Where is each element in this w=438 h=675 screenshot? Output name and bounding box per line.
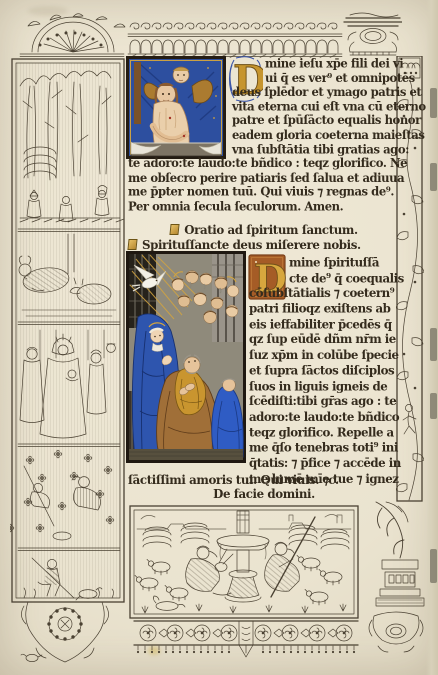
bottom-ornament-band: [132, 619, 360, 659]
fan-ornament: [20, 14, 125, 57]
text-line: eadem gloria coeterna maieſtas: [128, 128, 400, 142]
text-line: ſuz xp̄m in colūbe ſpecie: [249, 348, 400, 363]
capital-block: [344, 13, 402, 55]
pentecost-prayer-text: mine ſpirituſſā cte de⁹ q̄ coequalis cōſ…: [249, 255, 400, 486]
miniature-pentecost: [126, 251, 246, 463]
acanthus-leaf: [376, 502, 404, 558]
right-pedestal-woodcut: [364, 500, 428, 660]
rubric-oratio: Oratio ad ſpiritum ſanctum.: [128, 223, 400, 237]
text-line: ui q̄ es ver⁹ et omnipotēs: [128, 71, 400, 85]
text-line: et ſupra ſāctos diſciplos: [249, 363, 400, 378]
text-line: me q̄ſo tenebras toti⁹ ini: [249, 440, 400, 455]
versicle-line: Spirituſſancte deus miſerere nobis.: [128, 238, 400, 252]
corner-cartouche: [369, 612, 423, 652]
fore-edge-mark: [430, 549, 437, 583]
fore-edge-mark: [430, 328, 437, 361]
opening-prayer-text: mine ieſu xp̄e fili dei vi ui q̄ es ver⁹…: [128, 57, 400, 214]
text-line: ſcēdiſti:tibi gr̄as ago : te: [249, 394, 400, 409]
text-line: me p̄pter nomen tuū. Qui viuis ⁊ regnas …: [128, 185, 400, 199]
arcade-band: [128, 23, 342, 58]
left-shepherd: [186, 546, 233, 595]
text-line: adoro:te laudo:te bñdico: [249, 409, 400, 424]
text-line: cōſubſtātialis ⁊ coetern⁹: [249, 286, 400, 301]
text-line: deus ſplēdor et ymago patris et: [128, 86, 400, 100]
fore-edge-mark: [430, 393, 437, 419]
small-bird: [21, 654, 42, 661]
text-line: me obſecro perire patiaris ſed ſalua et …: [128, 171, 400, 185]
fountain: [217, 511, 269, 602]
pedestal: [376, 560, 424, 606]
text-line: ſuos in liguis igneis de: [249, 378, 400, 393]
rubric-text: Oratio ad ſpiritum ſanctum.: [184, 223, 357, 237]
gilded-paragraph-mark-icon: [170, 224, 180, 235]
rubric-de-facie: De facie domini.: [128, 487, 400, 501]
bottom-scene-woodcut: [129, 505, 359, 619]
text-line: teqz glorifico. Repelle a: [249, 425, 400, 440]
text-line: vita eterna cui eſt vna cū eterno: [128, 100, 400, 114]
text-line: vna ſubſtātia tibi gratias ago:: [128, 143, 400, 157]
text-line: qz ſup eūdē dñm nr̄m ie: [249, 332, 400, 347]
text-line: patre et ſpūſācto equalis honor: [128, 114, 400, 128]
text-line: q̄tatis: ⁊ p̄fice ⁊ accēde in: [249, 455, 400, 470]
manuscript-page: D mine ieſu xp̄e fili dei vi ui q̄ es ve…: [0, 0, 438, 675]
text-line: cte de⁹ q̄ coequalis: [249, 270, 400, 285]
bottom-left-shield: [16, 596, 116, 668]
text-line: mine ſpirituſſā: [249, 255, 400, 270]
text-line: eis ieffabiliter p̄cedēs q̄: [249, 317, 400, 332]
text-line: Per omnia ſecula ſeculorum. Amen.: [128, 200, 400, 214]
text-line: mine ieſu xp̄e fili dei vi: [128, 57, 400, 71]
left-border-woodcut: [10, 58, 126, 603]
versicle-text: Spirituſſancte deus miſerere nobis.: [142, 238, 361, 252]
top-border-frieze: [10, 12, 402, 58]
fore-edge-mark: [430, 88, 437, 118]
closing-line: ſāctiſſimi amoris tui. Qui viuis. ⁊c.: [128, 473, 400, 487]
floor: [129, 449, 243, 460]
pendant-finial: [239, 621, 253, 657]
fore-edge-mark: [430, 163, 437, 191]
gilded-paragraph-mark-icon: [127, 239, 137, 250]
text-line: te adoro:te laudo:te bñdico : teqz glori…: [128, 157, 400, 171]
text-line: patri filioqz exiſtens ab: [249, 301, 400, 316]
